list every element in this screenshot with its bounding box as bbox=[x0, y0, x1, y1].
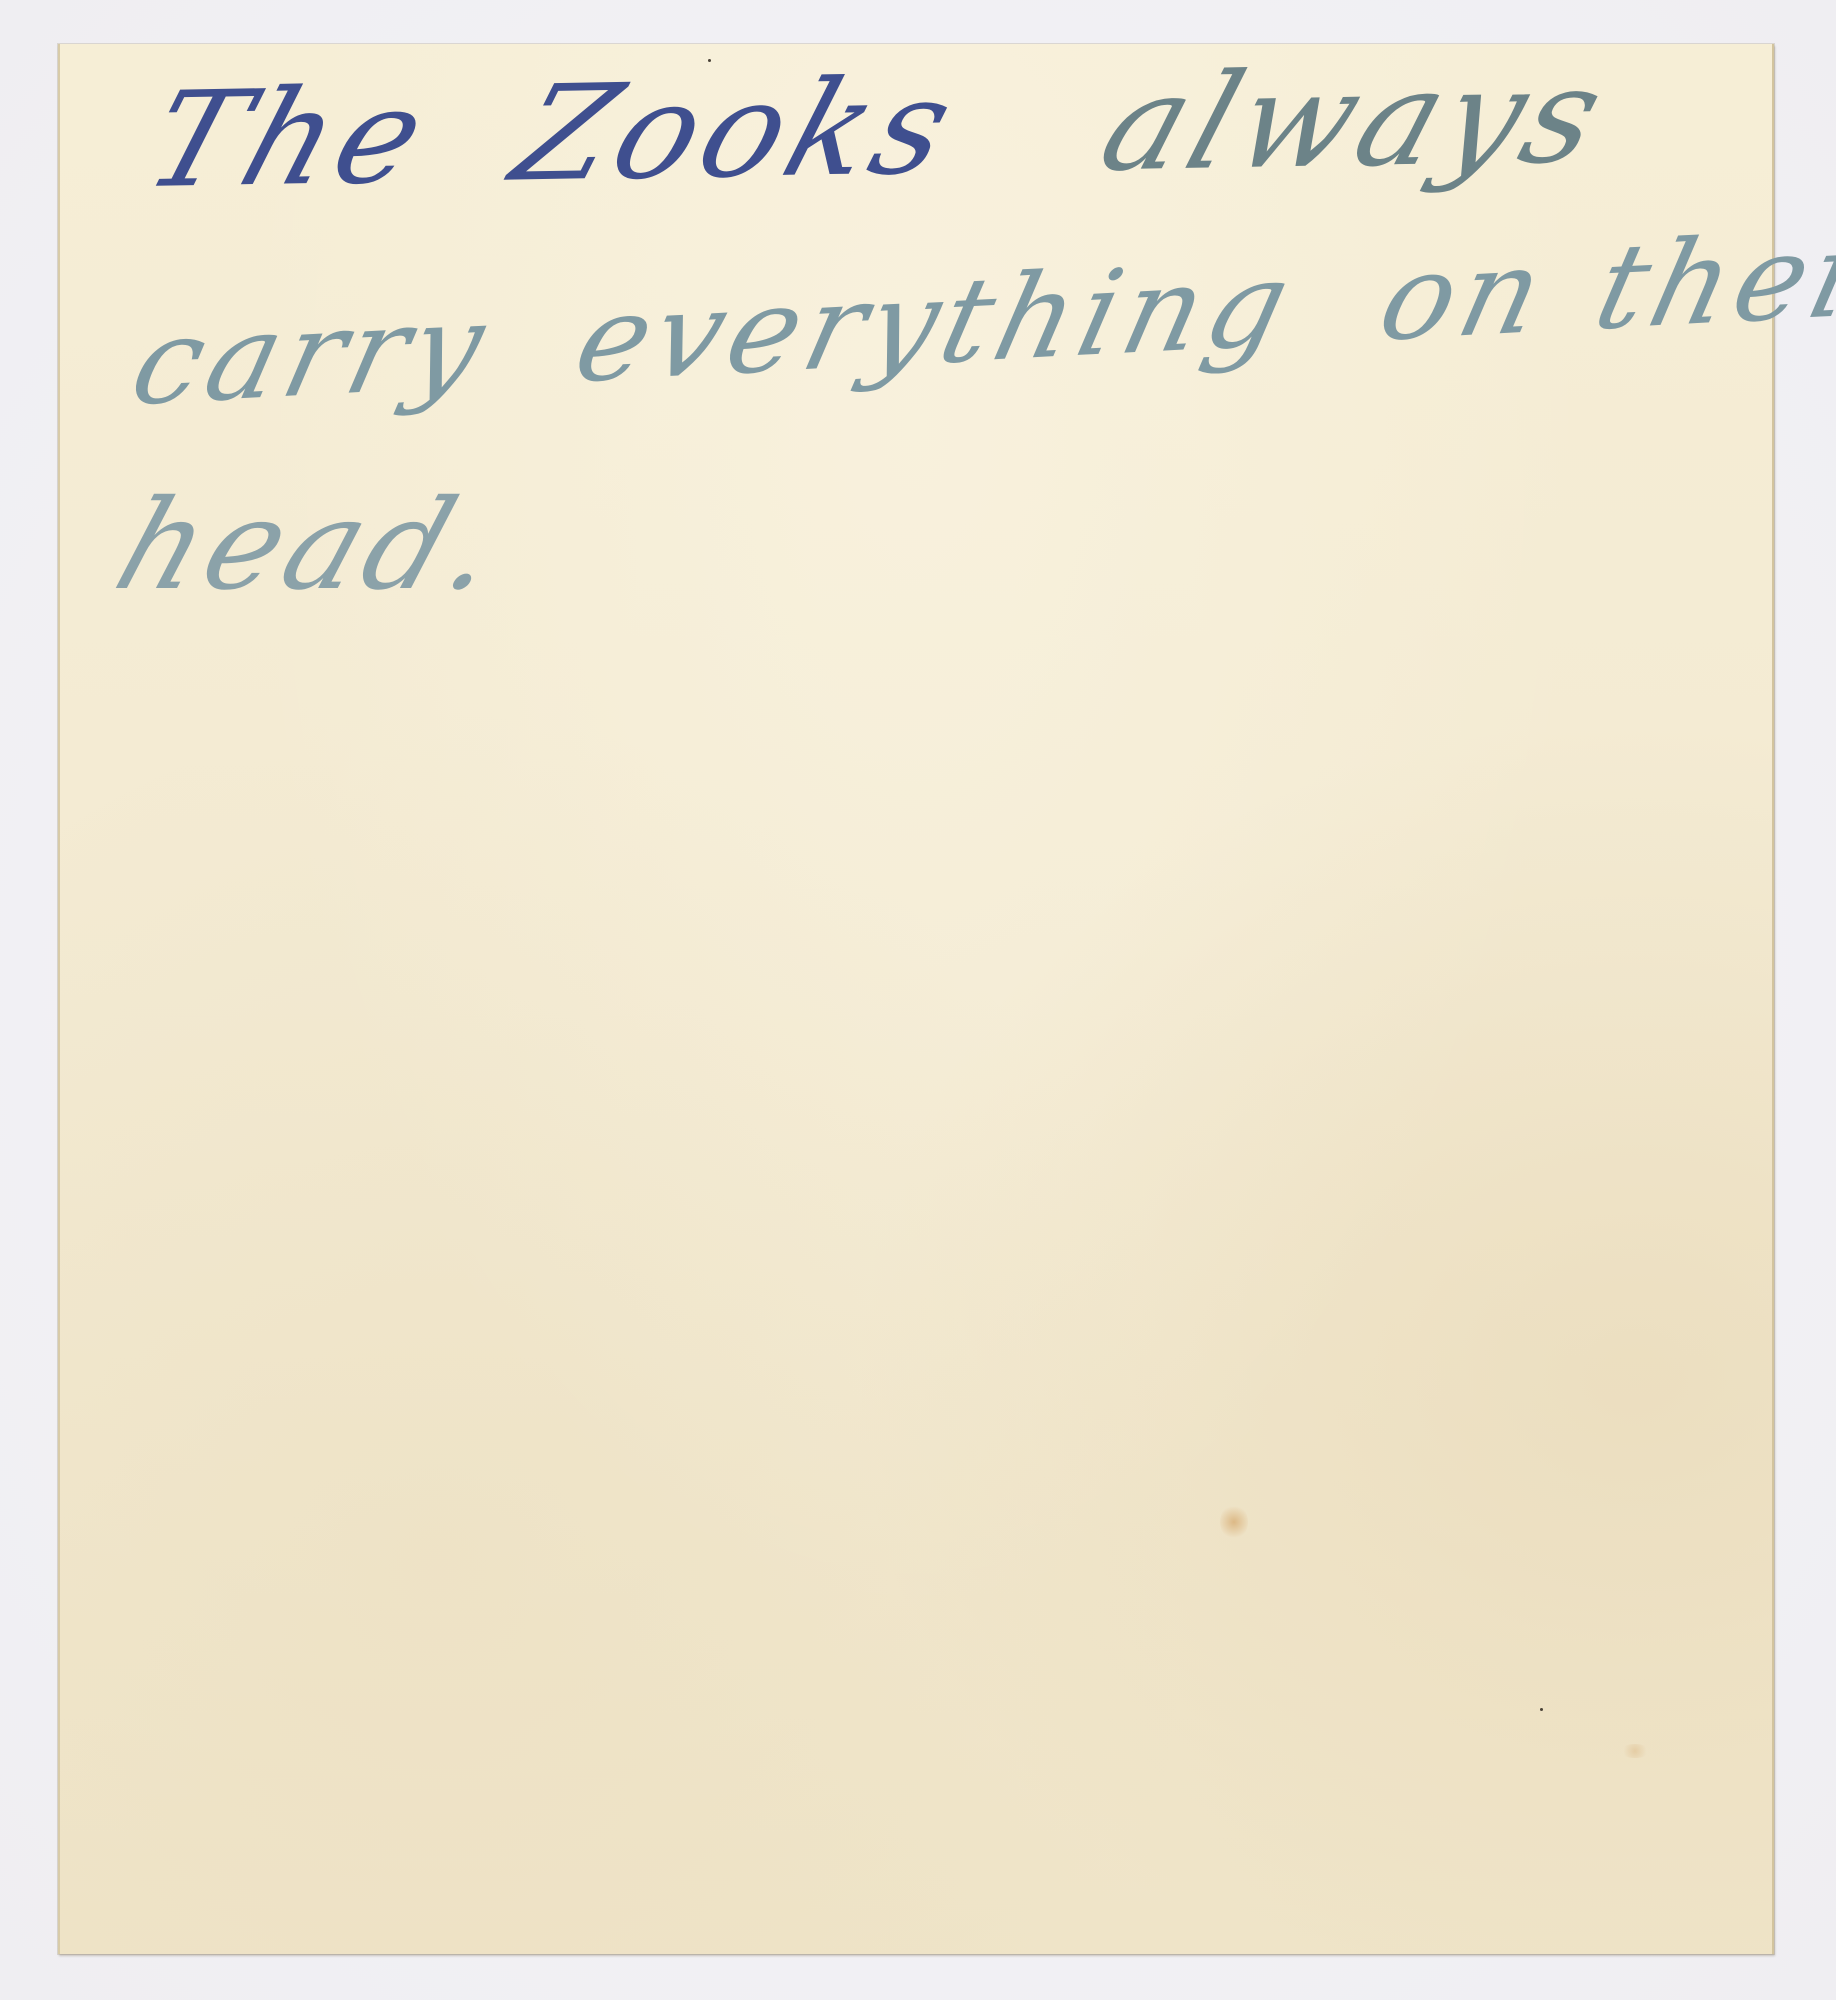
handwritten-word: Zooks bbox=[497, 50, 975, 211]
handwritten-word: head. bbox=[100, 474, 523, 618]
paper-sheet: The Zooks always carry everything on the… bbox=[58, 44, 1774, 1954]
handwritten-word: on bbox=[1368, 221, 1562, 367]
stain-mark bbox=[1620, 1744, 1650, 1758]
handwritten-word: everything bbox=[563, 235, 1307, 410]
photo-backdrop: The Zooks always carry everything on the… bbox=[0, 0, 1836, 2000]
handwritten-word: always bbox=[1085, 39, 1626, 202]
handwritten-line-2: carry everything on their bbox=[120, 200, 1836, 432]
speck bbox=[1540, 1708, 1543, 1711]
handwritten-word: carry bbox=[120, 276, 503, 432]
handwritten-word: The bbox=[130, 59, 448, 218]
handwritten-line-1: The Zooks always bbox=[130, 38, 1674, 218]
handwritten-word: their bbox=[1583, 202, 1836, 356]
stain-mark bbox=[1220, 1504, 1248, 1540]
handwritten-line-3: head. bbox=[100, 474, 571, 618]
